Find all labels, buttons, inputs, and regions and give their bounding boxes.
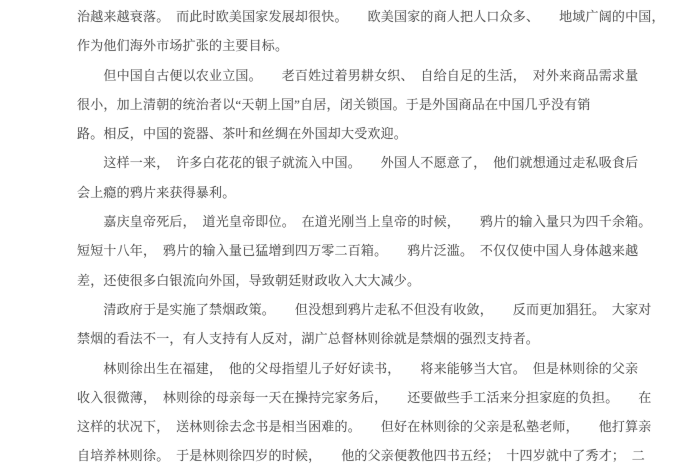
text-line: 这样一来， 许多白花花的银子就流入中国。 外国人不愿意了， 他们就想通过走私吸食…	[77, 148, 630, 177]
text-line: 差，还使很多白银流向外国，导致朝廷财政收入大大减少。	[77, 266, 630, 295]
text-line: 禁烟的看法不一，有人支持有人反对，湖广总督林则徐就是禁烟的强烈支持者。	[77, 324, 630, 353]
text-line: 嘉庆皇帝死后， 道光皇帝即位。 在道光刚当上皇帝的时候， 鸦片的输入量只为四千余…	[77, 207, 630, 236]
text-line: 短短十八年， 鸦片的输入量已猛增到四万零二百箱。 鸦片泛滥。 不仅仅使中国人身体…	[77, 236, 630, 265]
text-line: 这样的状况下， 送林则徐去念书是相当困难的。 但好在林则徐的父亲是私塾老师， 他…	[77, 412, 630, 441]
text-line: 自培养林则徐。 于是林则徐四岁的时候， 他的父亲便教他四书五经； 十四岁就中了秀…	[77, 441, 630, 470]
text-line: 治越来越衰落。 而此时欧美国家发展却很快。 欧美国家的商人把人口众多、 地域广阔…	[77, 2, 630, 31]
text-line: 收入很微薄， 林则徐的母亲每一天在操持完家务后， 还要做些手工活来分担家庭的负担…	[77, 383, 630, 412]
text-line: 很小，加上清朝的统治者以“天朝上国”自居，闭关锁国。于是外国商品在中国几乎没有销	[77, 90, 630, 119]
text-line: 林则徐出生在福建， 他的父母指望儿子好好读书， 将来能够当大官。 但是林则徐的父…	[77, 354, 630, 383]
text-line: 但中国自古便以农业立国。 老百姓过着男耕女织、 自给自足的生活， 对外来商品需求…	[77, 61, 630, 90]
text-line: 清政府于是实施了禁烟政策。 但没想到鸦片走私不但没有收敛， 反而更加猖狂。 大家…	[77, 295, 630, 324]
document-text-block: 治越来越衰落。 而此时欧美国家发展却很快。 欧美国家的商人把人口众多、 地域广阔…	[77, 2, 630, 470]
text-line: 路。相反，中国的瓷器、茶叶和丝绸在外国却大受欢迎。	[77, 119, 630, 148]
text-line: 作为他们海外市场扩张的主要目标。	[77, 31, 630, 60]
document-page: 治越来越衰落。 而此时欧美国家发展却很快。 欧美国家的商人把人口众多、 地域广阔…	[0, 0, 700, 470]
text-line: 会上瘾的鸦片来获得暴利。	[77, 178, 630, 207]
